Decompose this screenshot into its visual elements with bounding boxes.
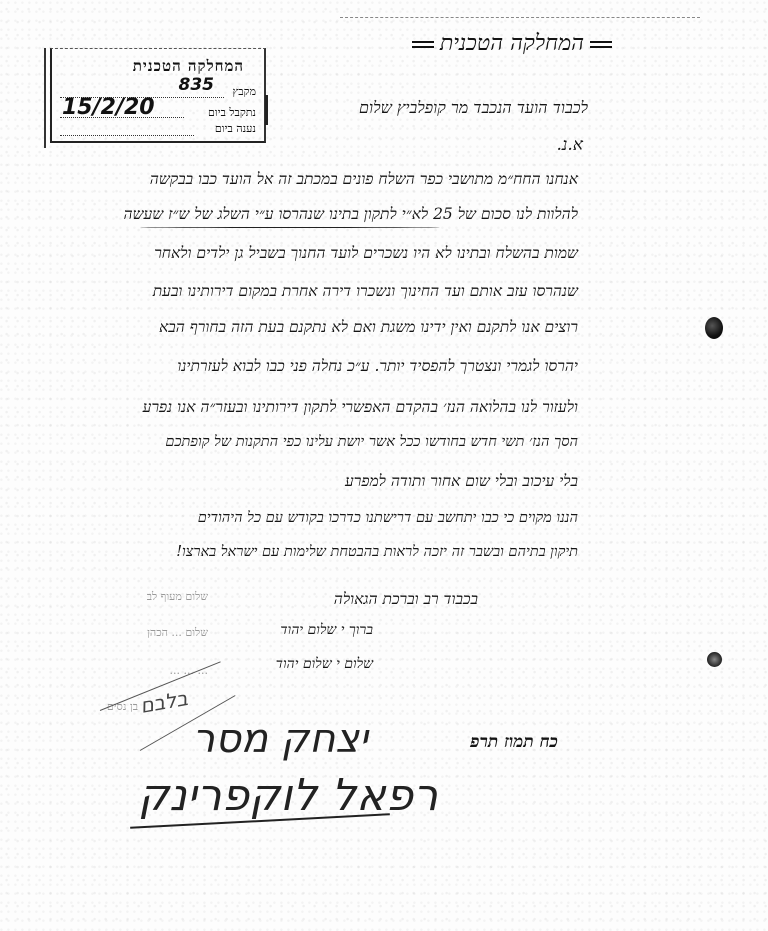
punch-hole-bottom [707,652,722,667]
department-stamp: המחלקה הטכנית מקבץ 835 נתקבל ביום 15/2/2… [50,48,266,143]
body-line-2: להלוות לנו סכום של 25 לא״י לתקון בתינו ש… [123,205,578,224]
signoff-line: בכבוד רב וברכת הגאולה [334,590,478,609]
body-line-6: יהרסו לגמרי ונצטרך להפסיד יותר. ע״כ נחלה… [177,357,578,376]
heading-text: המחלקה הטכנית [440,31,584,56]
faded-signature-1: שלום מעוף לב [147,590,208,603]
top-scan-line [340,17,700,18]
body-line-8: הסך הנז׳ תשי חדש בחודשו ככל אשר יושת עלי… [165,434,578,451]
closing-line-1: הננו מקוים כי כבו יתחשב עם דרישתנו כדרכו… [198,510,578,527]
punch-hole-top [705,317,723,339]
scan-mark [265,95,268,125]
large-signature-2: רפאל לוקפרינק [138,770,438,821]
salutation-an: א.נ. [556,135,583,155]
body-line-4: שנהרסו עזב אותם ועד החינוך ונשכרו דירה א… [153,282,578,301]
closing-line-2: תיקון בתיהם ובשבר זה יזכה לראות בהבטחת ש… [176,544,578,561]
heading-rule-left [590,41,612,48]
stamp-answered-label: נענה ביום [215,122,256,135]
stamp-received-dotline [60,117,184,118]
body-line-7: ולעזור לנו בהלואה הנז׳ בהקדם האפשרי לתקו… [143,398,578,417]
signer-1: ברוך י שלום יהוד [280,622,373,639]
stamp-file-label: מקבץ [233,85,256,98]
body-line-9: בלי עיכוב ובלי שום אחור ותודה למפרע [345,472,578,491]
body-line-3: שמות בהשלח ובתינו לא היו נשכרים לועד החנ… [154,244,578,263]
heading-rule-right [412,41,434,48]
scan-edge-left [44,48,46,148]
scanned-letter-page: המחלקה הטכנית המחלקה הטכנית מקבץ 835 נתק… [0,0,768,931]
body-line-5: רוצים אנו לתקנם ואין ידינו משגת ואם לא נ… [159,318,578,337]
document-heading: המחלקה הטכנית [406,30,618,56]
stamp-department: המחלקה הטכנית [133,57,244,76]
salutation-line: לכבוד הועד הנכבד מר קופלביץ שלום [359,98,588,118]
stamp-file-number: 835 [179,75,215,95]
stamp-answered-dotline [60,135,194,136]
signer-2: שלום י שלום יהוד [276,656,373,673]
body-line-1: אנחנו החח״מ מתושבי כפר השלח פונים במכתב … [150,170,578,189]
stamp-received-label: נתקבל ביום [208,106,256,119]
body-underline-stroke [140,227,440,228]
document-date: כח תמוז תרפ [470,732,558,752]
large-signature-1: יצחק מסר [192,716,368,762]
faded-signature-2: שלום ... הכהן [147,626,208,639]
